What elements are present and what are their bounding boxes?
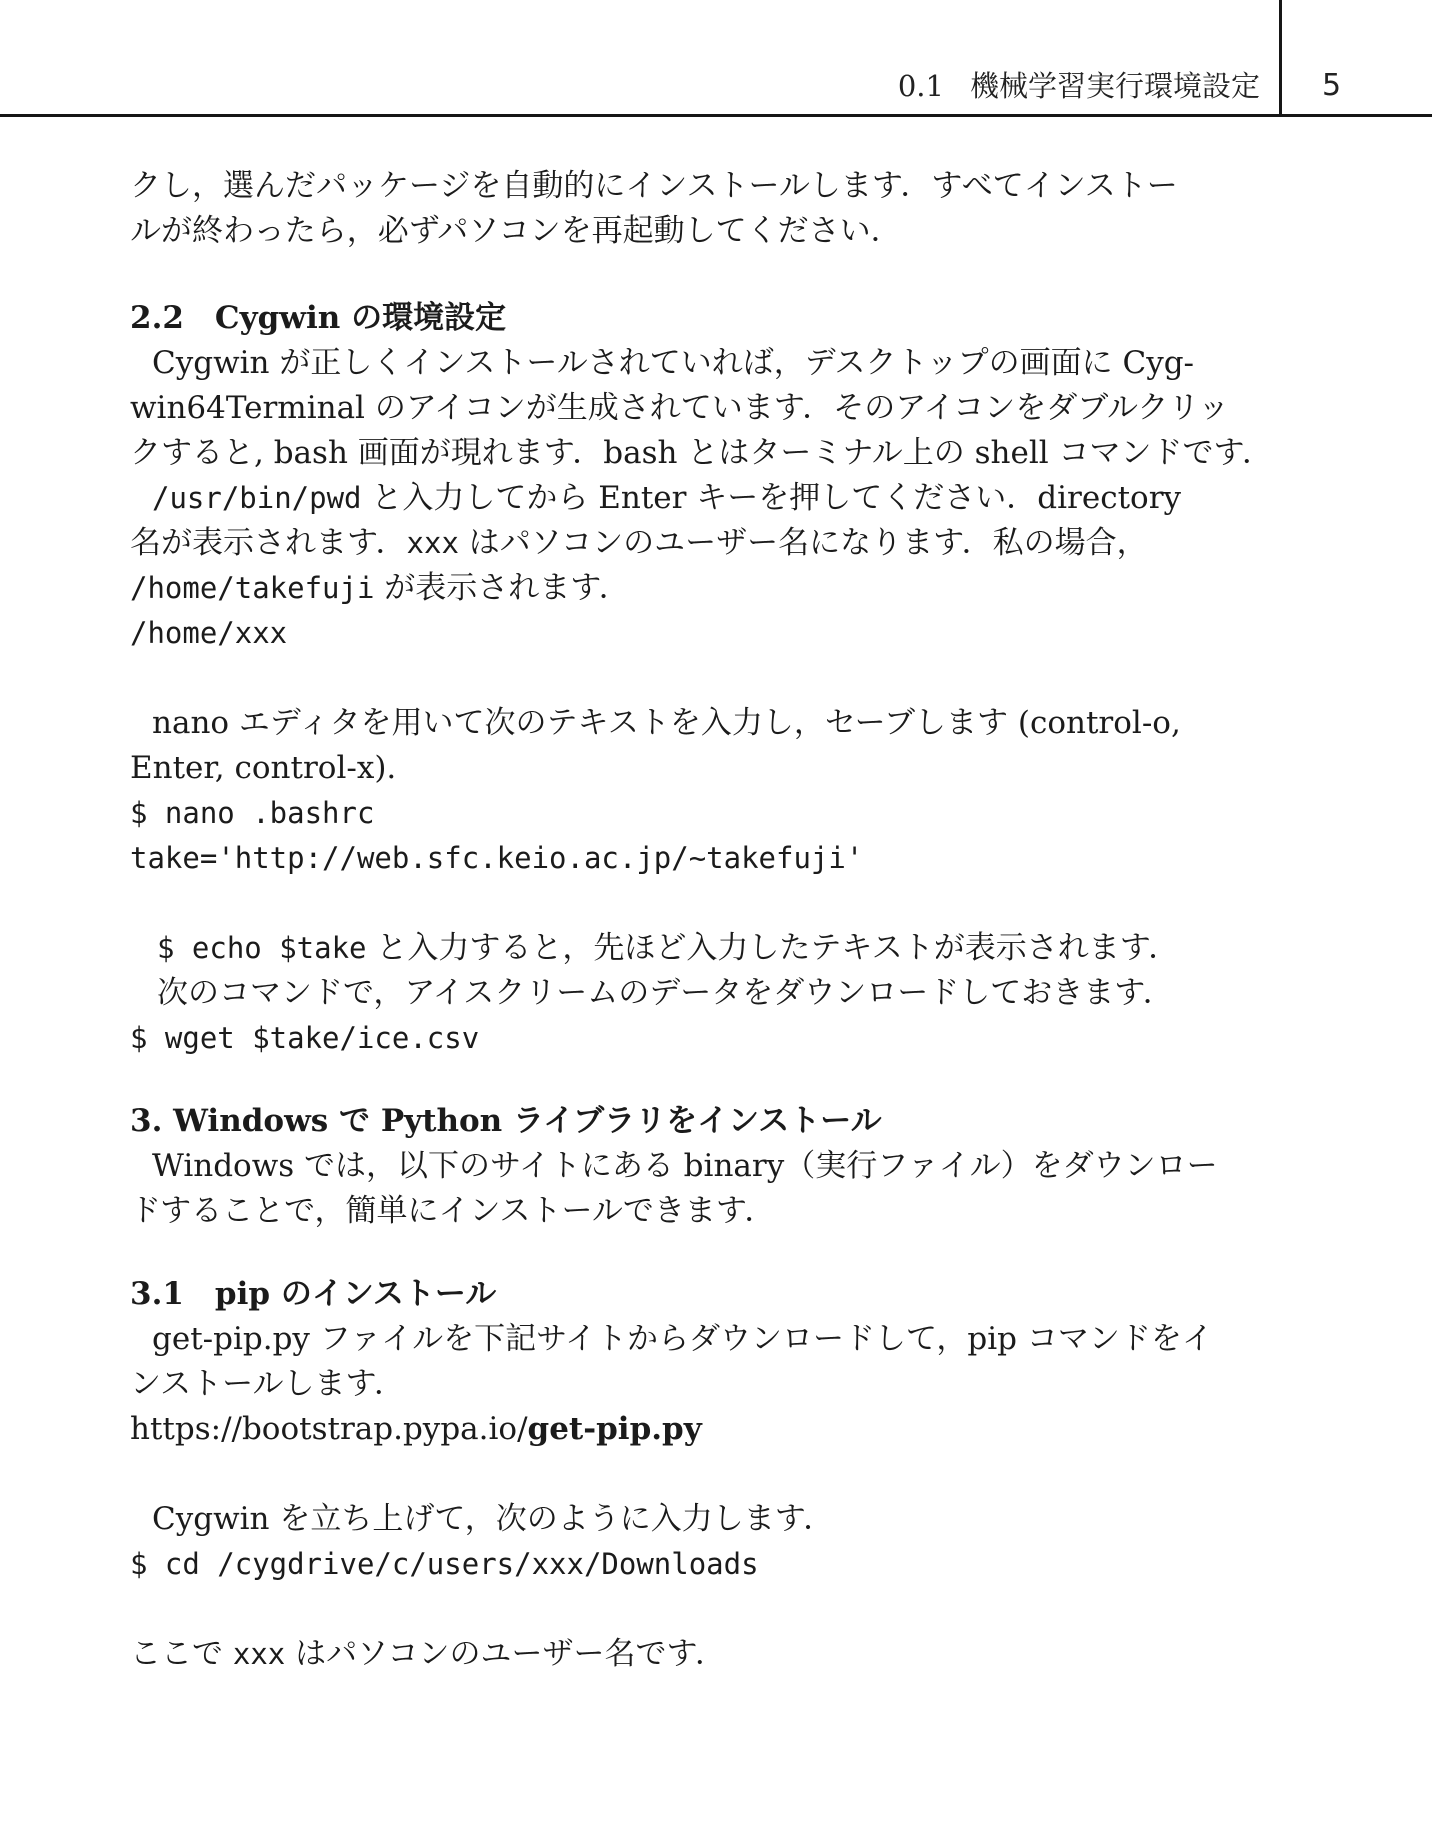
text-segment: $ echo $take [157,931,367,965]
text-segment: Python [370,1103,513,1139]
code-line: $ nano .bashrc [130,791,1160,836]
code-line: ここで xxx はパソコンのユーザー名です． [130,1632,1160,1677]
text-line: Cygwin を立ち上げて，次のように入力します． [130,1497,1160,1542]
code-line: /usr/bin/pwd と入力してから Enter キーを押してください．di… [130,476,1160,521]
text-segment: が表示されます． [374,570,629,606]
blank-line [130,1587,1160,1632]
text-line: ルが終わったら，必ずパソコンを再起動してください． [130,209,1160,254]
text-segment: https://bootstrap.pypa.io/ [130,1411,528,1447]
text-segment: のインストール [281,1276,496,1312]
text-segment: と入力すると，先ほど入力したテキストが表示されます． [367,930,1180,966]
text-segment: Cygwin が正しくインストールされていれば，デスクトップの画面に Cyg- [152,345,1194,381]
text-segment: Enter, control-x). [130,750,396,786]
text-segment: get-pip.py ファイルを下記サイトからダウンロードして，pip コマンド… [152,1321,1213,1357]
text-line: 次のコマンドで，アイスクリームのデータをダウンロードしておきます． [130,971,1160,1016]
text-segment: $ nano .bashrc [130,796,374,830]
text-segment: 3.1 pip [130,1276,281,1312]
code-line: take='http://web.sfc.keio.ac.jp/~takefuj… [130,836,1160,881]
text-segment: /usr/bin/pwd [152,481,362,515]
text-segment: ライブラリをインストール [513,1103,882,1139]
text-segment: Cygwin を立ち上げて，次のように入力します． [152,1501,834,1537]
text-line: ドすることで，簡単にインストールできます． [130,1189,1160,1234]
text-line: クすると, bash 画面が現れます．bash とはターミナル上の shell … [130,431,1160,476]
page-number: 5 [1322,66,1341,106]
text-segment: nano エディタを用いて次のテキストを入力し，セーブします (control-… [152,705,1181,741]
text-segment: xxx [233,1637,285,1671]
text-segment: ドすることで，簡単にインストールできます． [130,1193,775,1229]
header-section-number: 0.1 [898,69,944,103]
code-line: $ wget $take/ice.csv [130,1016,1160,1061]
text-segment: take='http://web.sfc.keio.ac.jp/~takefuj… [130,841,863,875]
text-line: win64Terminal のアイコンが生成されています．そのアイコンをダブルク… [130,386,1160,431]
text-line: ンストールします． [130,1362,1160,1407]
text-line: Enter, control-x). [130,746,1160,791]
text-segment: Windows では，以下のサイトにある binary（実行ファイル）をダウンロ… [152,1148,1218,1184]
text-line: Windows では，以下のサイトにある binary（実行ファイル）をダウンロ… [130,1144,1160,1189]
code-line: /home/xxx [130,611,1160,656]
code-line: $ echo $take と入力すると，先ほど入力したテキストが表示されます． [130,926,1160,971]
text-segment: クすると, bash 画面が現れます．bash とはターミナル上の shell … [130,435,1273,471]
code-line: $ cd /cygdrive/c/users/xxx/Downloads [130,1542,1160,1587]
text-line: get-pip.py ファイルを下記サイトからダウンロードして，pip コマンド… [130,1317,1160,1362]
text-segment: $ wget $take/ice.csv [130,1021,479,1055]
text-segment: はパソコンのユーザー名になります．私の場合， [459,525,1148,561]
section-heading: 3.1 pip のインストール [130,1272,1160,1317]
code-line: /home/takefuji が表示されます． [130,566,1160,611]
section-heading: 2.2 Cygwin の環境設定 [130,296,1160,341]
section-heading: 3. Windows で Python ライブラリをインストール [130,1099,1160,1144]
text-segment: 名が表示されます． [130,525,407,561]
text-segment: で [339,1103,370,1139]
text-segment: と入力してから Enter キーを押してください．directory [362,480,1182,516]
blank-line [130,1452,1160,1497]
header-section-title: 機械学習実行環境設定 [970,69,1260,103]
text-segment: /home/takefuji [130,571,374,605]
text-line: https://bootstrap.pypa.io/get-pip.py [130,1407,1160,1452]
text-line: Cygwin が正しくインストールされていれば，デスクトップの画面に Cyg- [130,341,1160,386]
code-line: 名が表示されます．xxx はパソコンのユーザー名になります．私の場合， [130,521,1160,566]
blank-line [130,881,1160,926]
text-segment: $ cd /cygdrive/c/users/xxx/Downloads [130,1547,759,1581]
running-head: 0.1機械学習実行環境設定 [898,66,1260,106]
text-segment: の環境設定 [351,300,506,336]
text-segment: クし，選んだパッケージを自動的にインストールします．すべてインストー [130,168,1178,204]
text-segment: ンストールします． [130,1366,405,1402]
text-segment: 次のコマンドで，アイスクリームのデータをダウンロードしておきます． [157,975,1174,1011]
text-segment: 2.2 Cygwin [130,300,351,336]
header-divider-vertical [1279,0,1282,114]
text-line: nano エディタを用いて次のテキストを入力し，セーブします (control-… [130,701,1160,746]
text-segment: ルが終わったら，必ずパソコンを再起動してください． [130,213,902,249]
text-segment: get-pip.py [528,1411,702,1447]
blank-line [130,656,1160,701]
text-segment: はパソコンのユーザー名です． [285,1636,726,1672]
text-line: クし，選んだパッケージを自動的にインストールします．すべてインストー [130,164,1160,209]
text-segment: win64Terminal のアイコンが生成されています．そのアイコンをダブルク… [130,390,1229,426]
body-text-column: クし，選んだパッケージを自動的にインストールします．すべてインストールが終わった… [130,164,1160,1677]
document-page: 0.1機械学習実行環境設定 5 クし，選んだパッケージを自動的にインストールしま… [0,0,1432,1827]
header-rule [0,114,1432,117]
text-segment: xxx [407,526,459,560]
text-segment: ここで [130,1636,233,1672]
text-segment: /home/xxx [130,616,287,650]
text-segment: 3. Windows [130,1103,339,1139]
